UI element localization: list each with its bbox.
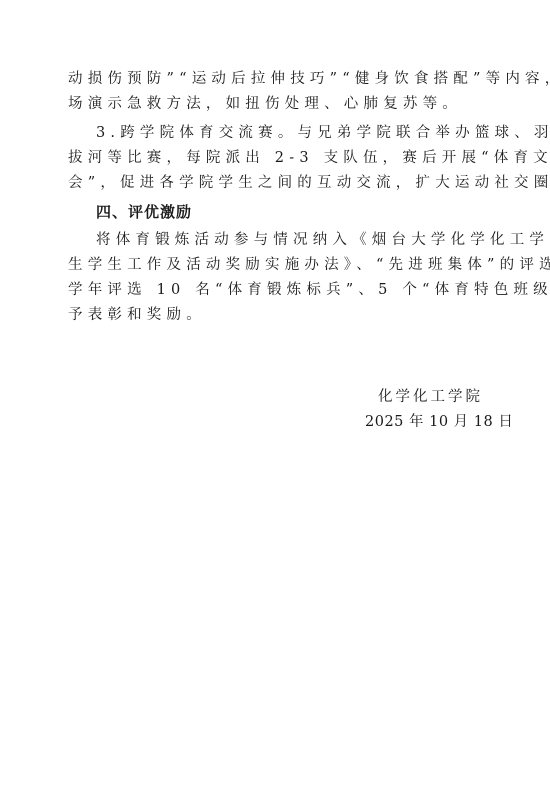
signature-organization: 化学化工学院: [378, 385, 483, 410]
paragraph-line: 拔河等比赛，每院派出 2-3 支队伍，赛后开展“体育文化分享: [68, 146, 488, 171]
paragraph-line: 动损伤预防”“运动后拉伸技巧”“健身饮食搭配”等内容，现: [68, 67, 488, 92]
paragraph-line: 将体育锻炼活动参与情况纳入《烟台大学化学化工学院本科: [96, 228, 516, 253]
paragraph-line: 场演示急救方法，如扭伤处理、心肺复苏等。: [68, 92, 488, 117]
paragraph-line: 会”，促进各学院学生之间的互动交流，扩大运动社交圈。: [68, 171, 488, 196]
paragraph-line: 3.跨学院体育交流赛。与兄弟学院联合举办篮球、羽毛球、: [96, 121, 516, 146]
paragraph-line: 生学生工作及活动奖励实施办法》、“先进班集体”的评选。每: [68, 253, 488, 278]
paragraph-line: 学年评选 10 名“体育锻炼标兵”、5 个“体育特色班级”，给: [68, 278, 488, 303]
section-heading: 四、评优激励: [96, 200, 516, 225]
paragraph-line: 予表彰和奖励。: [68, 303, 488, 328]
signature-date: 2025 年 10 月 18 日: [365, 410, 513, 435]
